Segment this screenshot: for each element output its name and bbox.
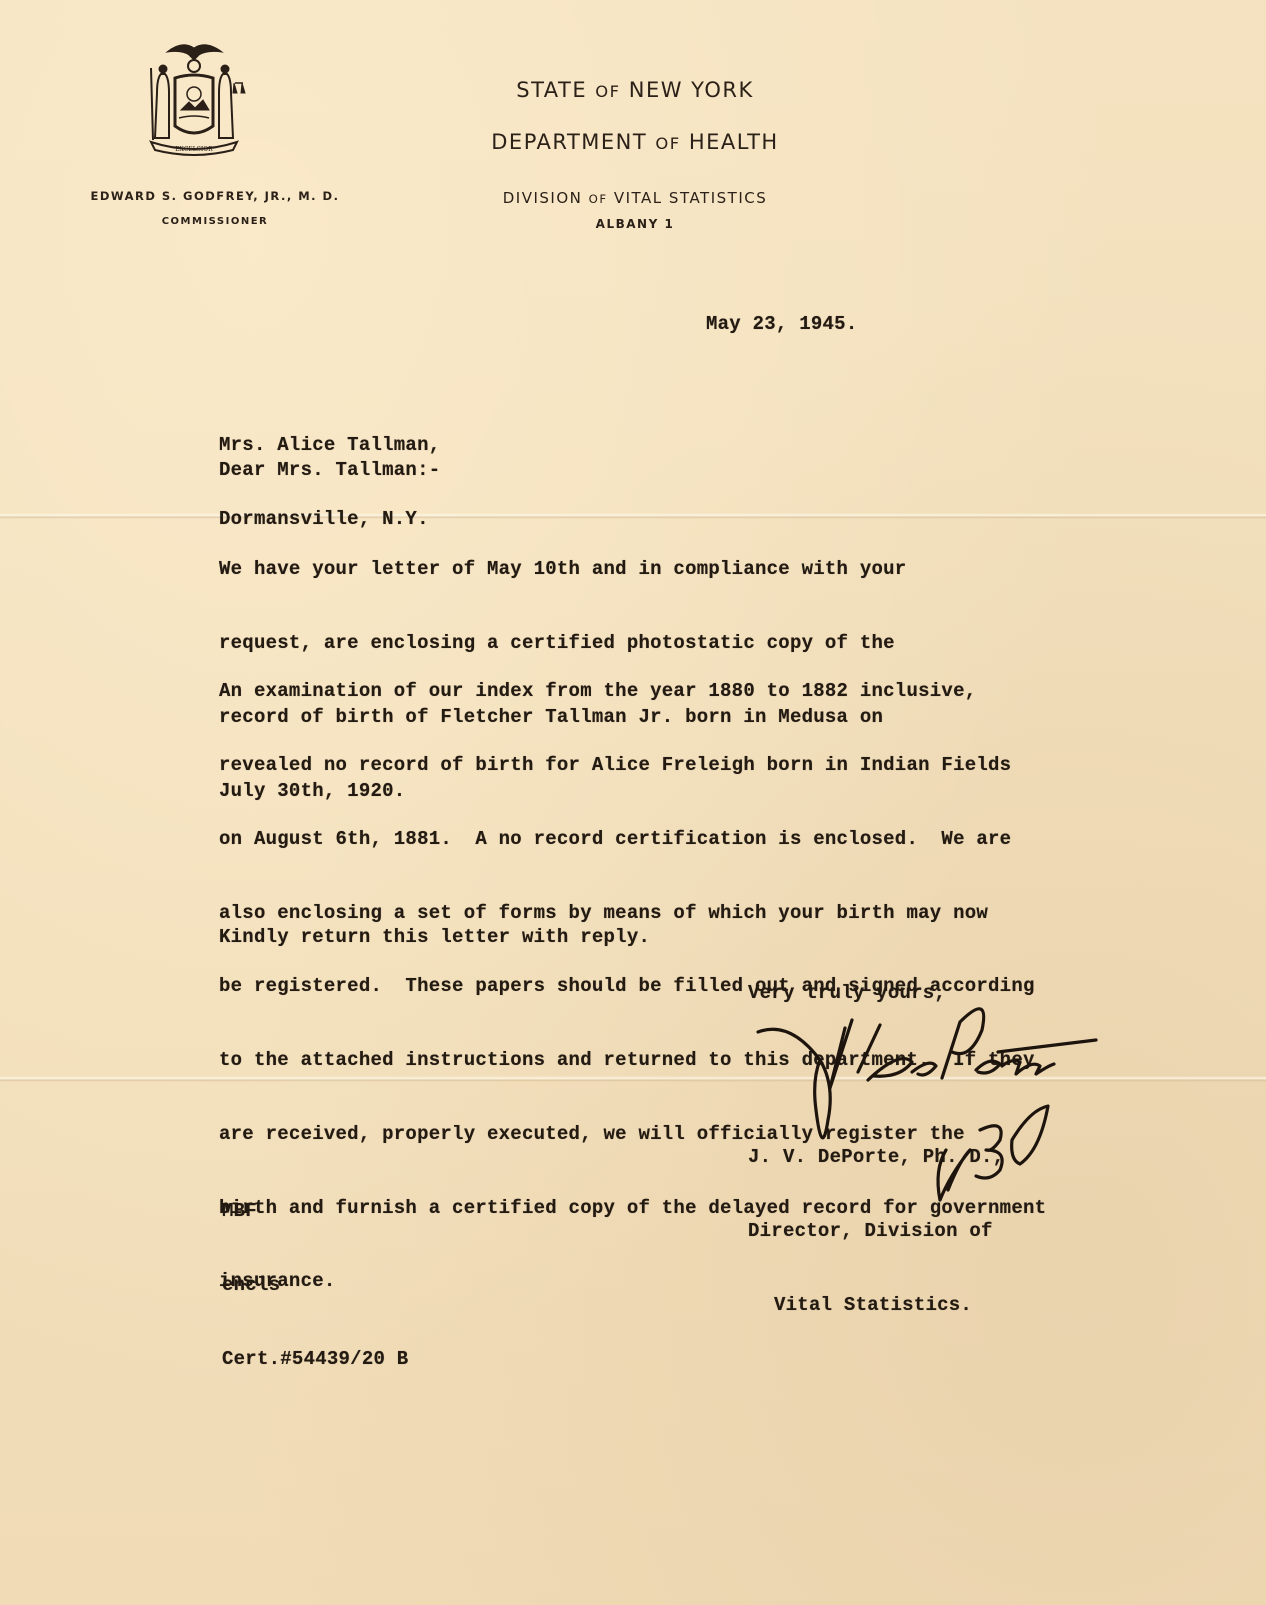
letterhead-city: Albany 1 (420, 217, 850, 231)
salutation: Dear Mrs. Tallman:- (219, 458, 440, 483)
body-paragraph-3: Kindly return this letter with reply. (219, 876, 650, 999)
letterhead-state: State of New York (420, 78, 850, 102)
letterhead-department: Department of Health (420, 130, 850, 154)
commissioner-title: Commissioner (40, 216, 390, 227)
paragraph-line: on August 6th, 1881. A no record certifi… (219, 827, 1046, 852)
svg-text:EXCELSIOR: EXCELSIOR (175, 146, 213, 153)
letter-date: May 23, 1945. (706, 312, 857, 337)
reference-block: MBF encls Cert.#54439/20 B (222, 1150, 408, 1421)
paragraph-line: An examination of our index from the yea… (219, 679, 1046, 704)
paragraph-line: Kindly return this letter with reply. (219, 925, 650, 950)
paragraph-line: revealed no record of birth for Alice Fr… (219, 753, 1046, 778)
typist-initials: MBF (222, 1199, 408, 1224)
signer-division: Vital Statistics. (748, 1293, 1004, 1318)
new-york-state-seal-icon: EXCELSIOR (137, 38, 252, 156)
commissioner-name: Edward S. Godfrey, Jr., M. D. (40, 189, 390, 203)
paragraph-line: We have your letter of May 10th and in c… (219, 557, 906, 582)
certificate-number: Cert.#54439/20 B (222, 1347, 408, 1372)
letterhead-division: Division of Vital Statistics (420, 189, 850, 207)
handwritten-signature-icon: J.V. DePorte (750, 1000, 1130, 1230)
recipient-name: Mrs. Alice Tallman, (219, 433, 440, 458)
enclosures-note: encls (222, 1273, 408, 1298)
